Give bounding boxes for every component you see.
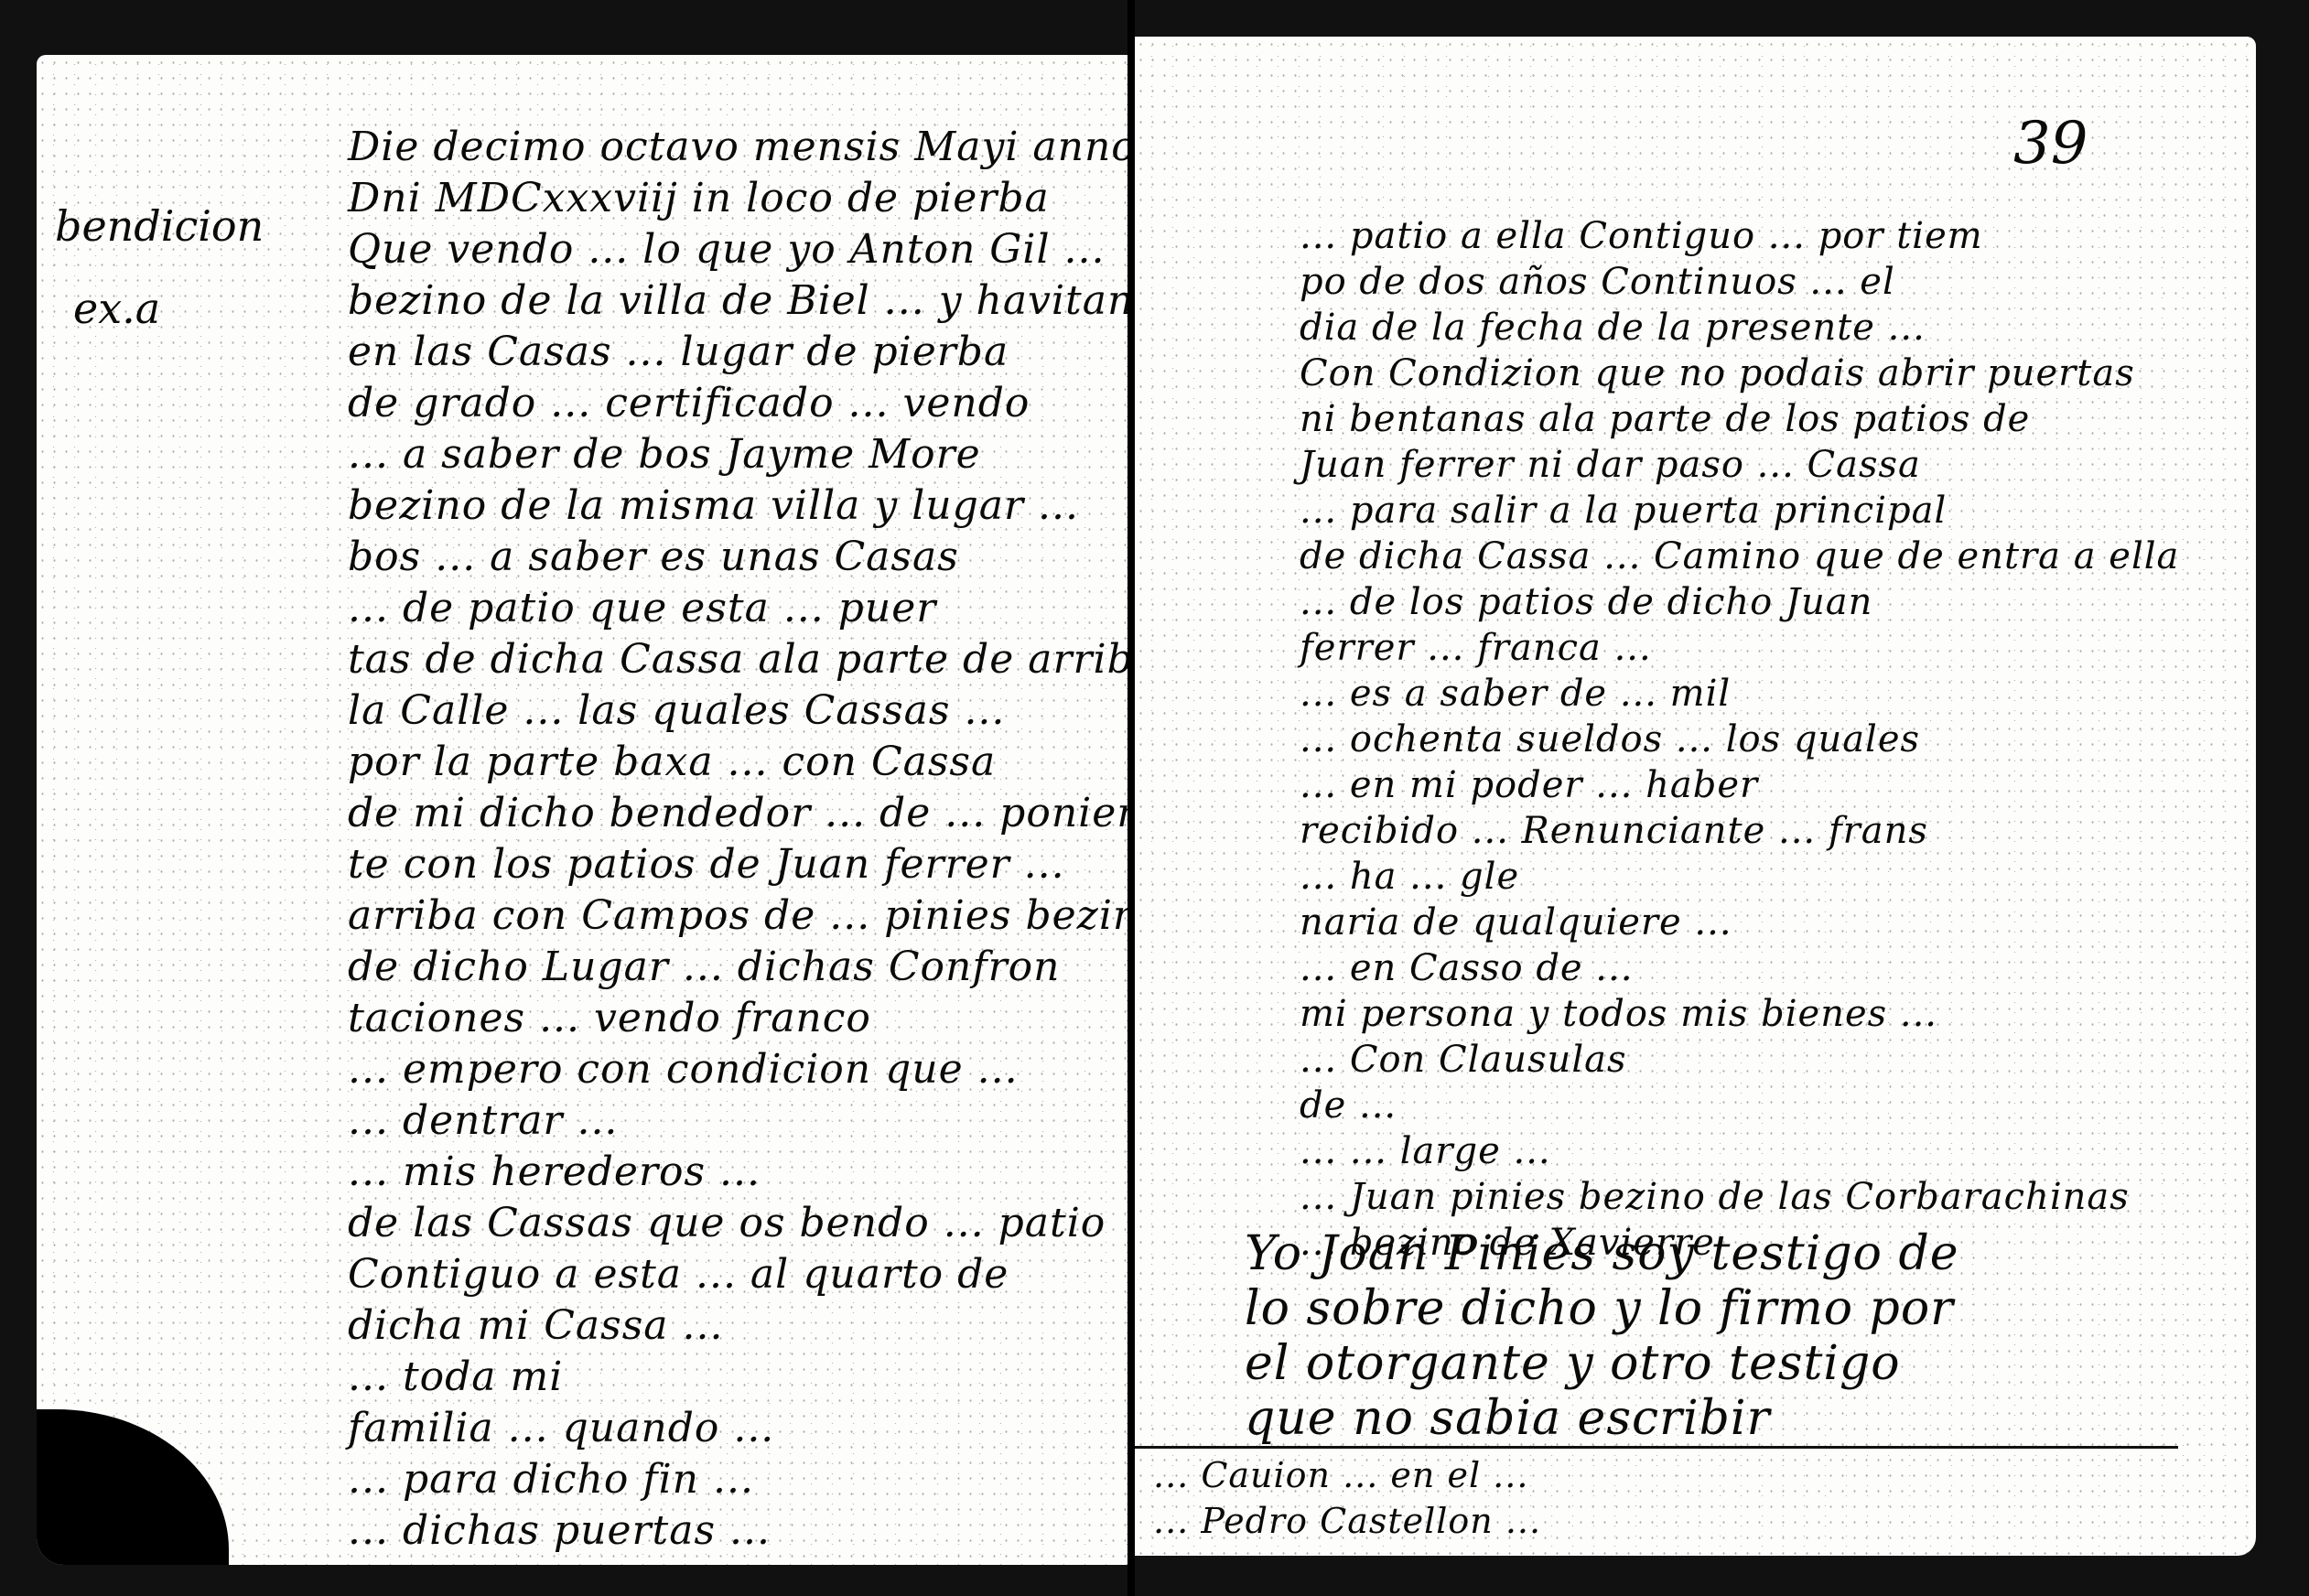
manuscript-line: ... ... large ... <box>1300 1130 1551 1172</box>
manuscript-line: ... es a saber de ... mil <box>1300 673 1731 715</box>
manuscript-line: ... patio a ella Contiguo ... por tiem <box>1300 215 1983 257</box>
manuscript-line: ... Cauion ... en el ... <box>1153 1455 1528 1495</box>
manuscript-line: te con los patios de Juan ferrer ... <box>348 841 1065 888</box>
manuscript-line: de dicha Cassa ... Camino que de entra a… <box>1300 535 2179 577</box>
manuscript-line: por la parte baxa ... con Cassa <box>348 739 996 785</box>
manuscript-line: Con Condizion que no podais abrir puerta… <box>1300 352 2135 394</box>
manuscript-line: mi persona y todos mis bienes ... <box>1300 993 1937 1035</box>
manuscript-line: ... ochenta sueldos ... los quales <box>1300 718 1920 760</box>
manuscript-line: dicha mi Cassa ... <box>348 1302 723 1349</box>
manuscript-line: Dni MDCxxxviij in loco de pierba <box>348 175 1050 221</box>
scan-background: bendicion ex.a Die decimo octavo mensis … <box>0 0 2309 1596</box>
page-gutter <box>1128 0 1135 1596</box>
manuscript-line: ... empero con condicion que ... <box>348 1046 1019 1093</box>
witness-signature-line: que no sabia escribir <box>1245 1391 1770 1446</box>
margin-note-1: bendicion <box>55 201 264 251</box>
manuscript-line: ... Con Clausulas <box>1300 1039 1627 1081</box>
manuscript-line: ... Juan pinies bezino de las Corbarachi… <box>1300 1176 2130 1218</box>
manuscript-line: Die decimo octavo mensis Mayi anno <box>348 124 1128 170</box>
witness-signature-line: el otorgante y otro testigo <box>1245 1336 1901 1391</box>
manuscript-line: dia de la fecha de la presente ... <box>1300 307 1926 349</box>
manuscript-line: arriba con Campos de ... pinies bezino <box>348 892 1128 939</box>
manuscript-line: po de dos años Continuos ... el <box>1300 261 1895 303</box>
manuscript-line: ... mis herederos ... <box>348 1148 761 1195</box>
manuscript-line: Juan ferrer ni dar paso ... Cassa <box>1300 444 1921 486</box>
manuscript-line: ... dichas puertas ... <box>348 1507 771 1554</box>
manuscript-line: bos ... a saber es unas Casas <box>348 534 959 580</box>
right-page: 39 ... patio a ella Contiguo ... por tie… <box>1135 37 2256 1556</box>
manuscript-line: ferrer ... franca ... <box>1300 627 1652 669</box>
manuscript-line: en las Casas ... lugar de pierba <box>348 329 1009 375</box>
manuscript-line: ... en mi poder ... haber <box>1300 764 1758 806</box>
manuscript-line: de grado ... certificado ... vendo <box>348 380 1030 426</box>
manuscript-line: ... para dicho fin ... <box>348 1456 754 1503</box>
manuscript-line: naria de qualquiere ... <box>1300 901 1732 944</box>
manuscript-line: de dicho Lugar ... dichas Confron <box>348 944 1060 990</box>
manuscript-line: bezino de la villa de Biel ... y havitan… <box>348 277 1128 324</box>
manuscript-line: ... ha ... gle <box>1300 856 1519 898</box>
manuscript-line: de las Cassas que os bendo ... patio <box>348 1200 1106 1246</box>
manuscript-line: ... para salir a la puerta principal <box>1300 490 1947 532</box>
folio-number: 39 <box>2013 110 2088 178</box>
manuscript-line: de mi dicho bendedor ... de ... ponien <box>348 790 1128 836</box>
manuscript-line: ni bentanas ala parte de los patios de <box>1300 398 2030 440</box>
manuscript-line: taciones ... vendo franco <box>348 995 871 1041</box>
manuscript-line: familia ... quando ... <box>348 1405 774 1451</box>
witness-signature-line: Yo Joan Pinies soy testigo de <box>1245 1226 1959 1281</box>
manuscript-line: de ... <box>1300 1084 1397 1127</box>
manuscript-line: Que vendo ... lo que yo Anton Gil ... <box>348 226 1106 273</box>
manuscript-line: ... toda mi <box>348 1353 563 1400</box>
manuscript-line: bezino de la misma villa y lugar ... <box>348 482 1079 529</box>
manuscript-line: ... dentrar ... <box>348 1097 618 1144</box>
manuscript-line: ... a saber de bos Jayme More <box>348 431 981 478</box>
margin-note-2: ex.a <box>73 284 160 333</box>
left-page: bendicion ex.a Die decimo octavo mensis … <box>37 55 1128 1565</box>
manuscript-line: recibido ... Renunciante ... frans <box>1300 810 1928 852</box>
manuscript-line: ... en Casso de ... <box>1300 947 1633 989</box>
manuscript-line: ... Pedro Castellon ... <box>1153 1501 1541 1541</box>
manuscript-line: tas de dicha Cassa ala parte de arriba .… <box>348 636 1128 683</box>
manuscript-line: la Calle ... las quales Cassas ... <box>348 687 1005 734</box>
witness-signature-line: lo sobre dicho y lo firmo por <box>1245 1281 1954 1336</box>
manuscript-line: Contiguo a esta ... al quarto de <box>348 1251 1009 1298</box>
manuscript-line: ... de patio que esta ... puer <box>348 585 936 631</box>
closing-rule <box>1135 1446 2178 1449</box>
manuscript-line: ... de los patios de dicho Juan <box>1300 581 1872 623</box>
